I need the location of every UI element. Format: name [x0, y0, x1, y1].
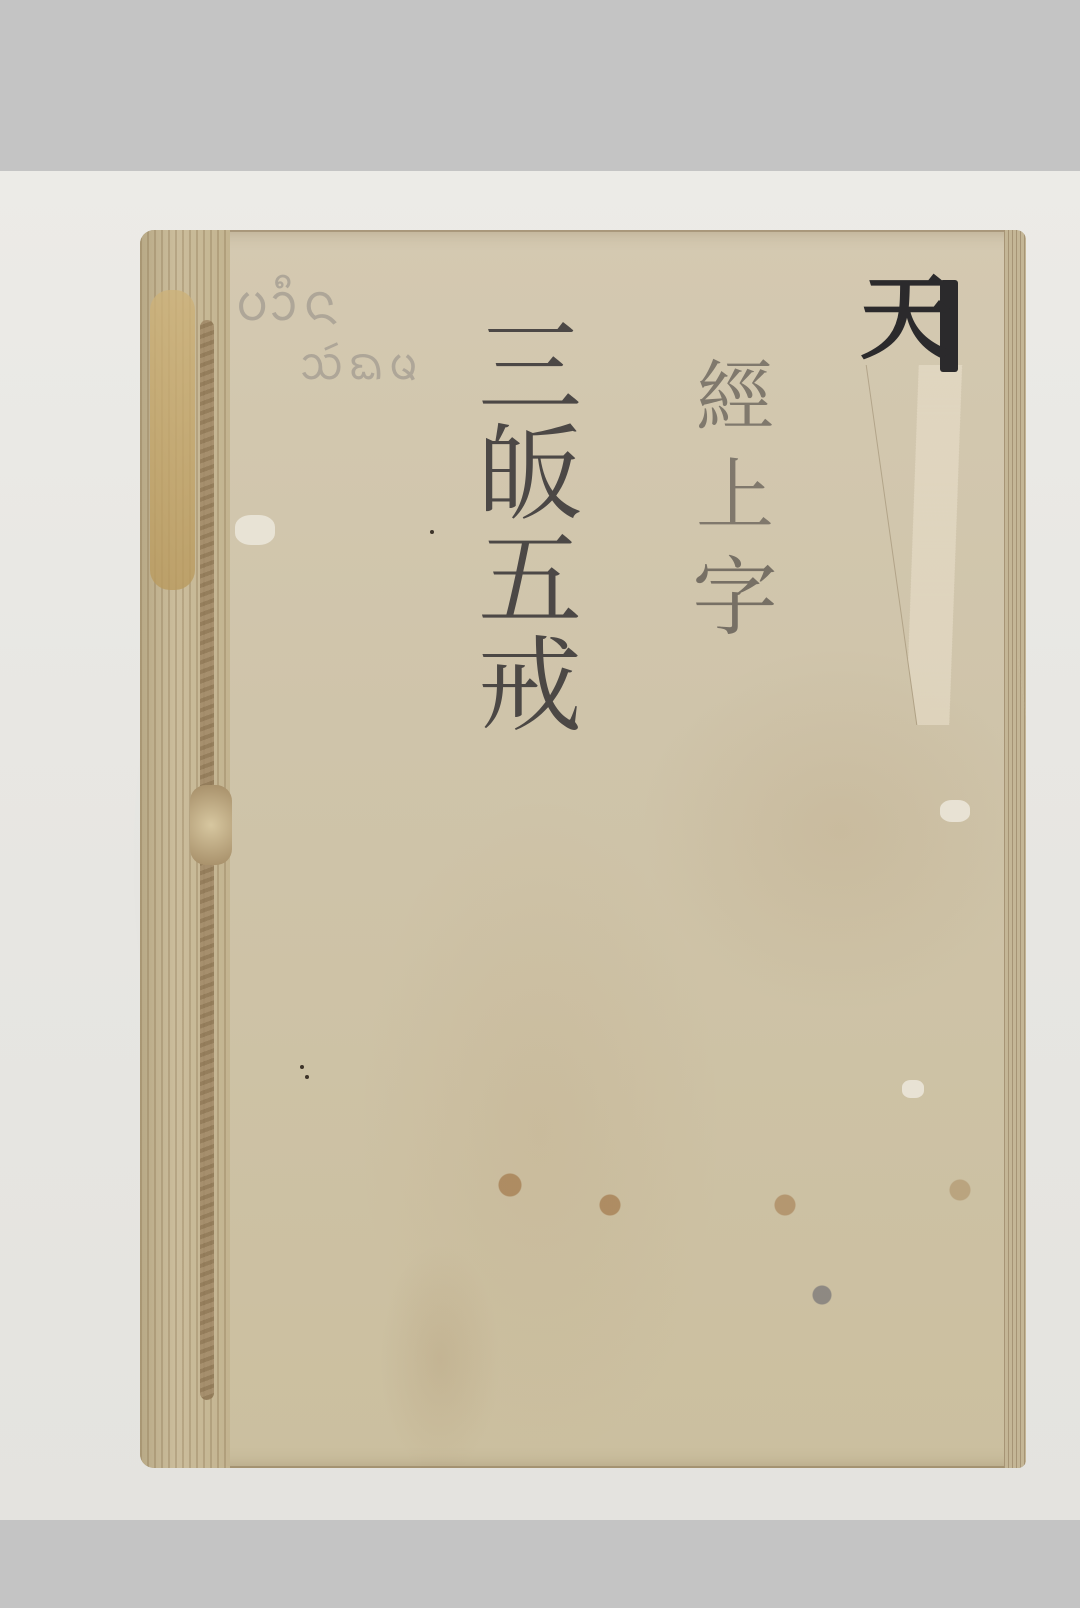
- side-char: 經: [696, 350, 774, 448]
- title-char: 五: [478, 527, 582, 633]
- paper-loss: [902, 1080, 924, 1098]
- title-char: 三: [478, 315, 582, 421]
- speck: [305, 1075, 309, 1079]
- side-column: 經 上 字: [685, 350, 785, 653]
- bottom-gray-band: [0, 1520, 1080, 1608]
- paper-loss: [235, 515, 275, 545]
- title-char: 戒: [478, 633, 582, 739]
- page-edges: [1004, 230, 1026, 1468]
- title-column: 三 皈 五 戒: [475, 315, 585, 739]
- side-char: 上: [696, 448, 774, 546]
- faded-script-line: ᩈᩢᨳᨾ: [300, 330, 423, 403]
- binding-knot: [190, 785, 232, 865]
- speck: [300, 1065, 304, 1069]
- top-gray-band: [0, 0, 1080, 171]
- side-char: 字: [692, 545, 778, 653]
- corner-character: 天: [860, 272, 952, 364]
- repair-patch: [150, 290, 195, 590]
- speck: [430, 530, 434, 534]
- manuscript-cover: ᨷᩣᩥᨶ ᩈᩢᨳᨾ 天 三 皈 五 戒 經 上 字: [140, 230, 1026, 1468]
- title-char: 皈: [478, 421, 582, 527]
- paper-loss: [940, 800, 970, 822]
